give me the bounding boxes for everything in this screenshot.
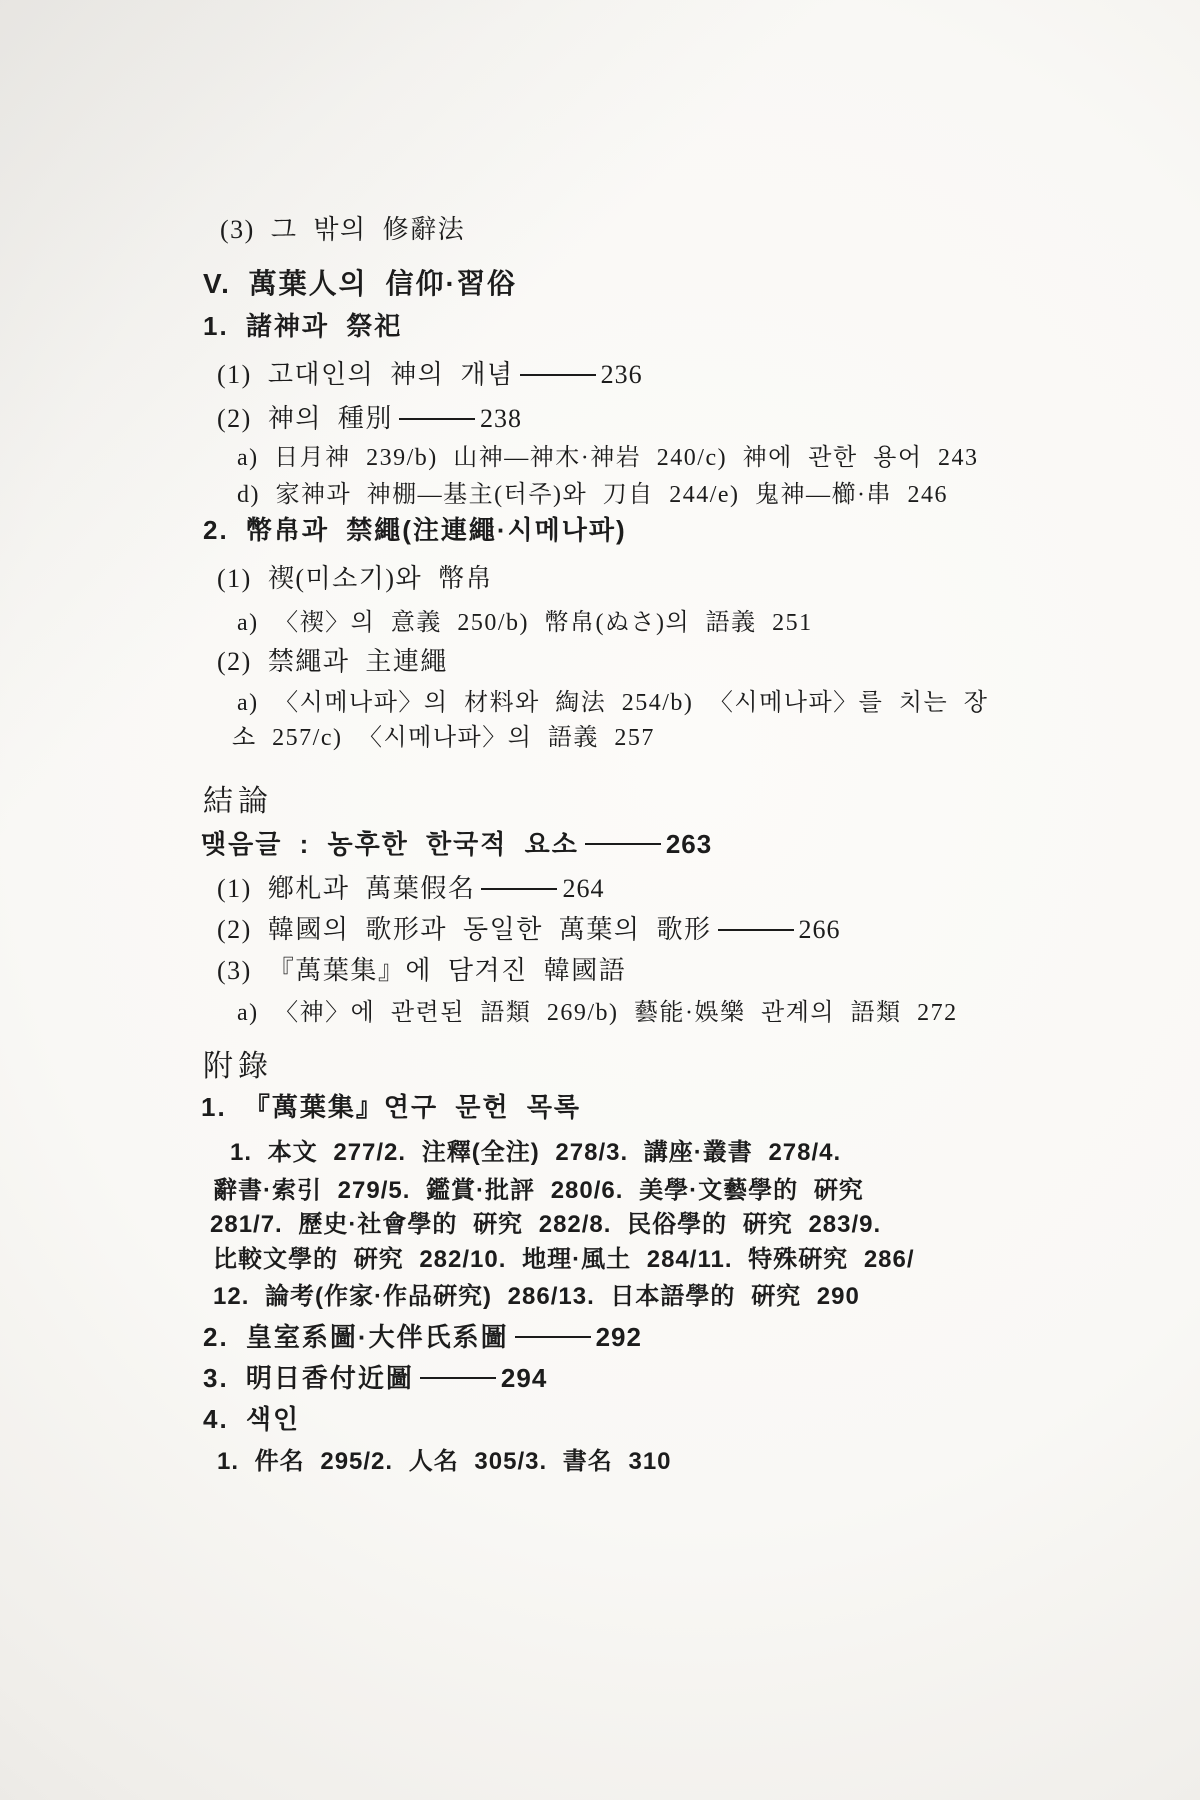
document-page: (3) 그 밖의 修辭法 V. 萬葉人의 信仰·習俗 1. 諸神과 祭祀 (1)…	[0, 0, 1200, 1800]
toc-index-sub-line: 1. 件名 295/2. 人名 305/3. 書名 310	[217, 1441, 672, 1476]
toc-line-misogi-heihaku: (1) 禊(미소기)와 幣帛	[217, 558, 493, 595]
toc-section-heihaku-shimenawa: 2. 幣帛과 禁繩(注連繩·시메나파)	[203, 510, 627, 547]
toc-appendix-genealogy-charts: 2. 皇室系圖·大伴氏系圖292	[203, 1317, 642, 1354]
leader-dash	[718, 929, 794, 931]
toc-conclusion-heading: 結論	[203, 776, 273, 820]
toc-subline-house-gods: d) 家神과 神棚—基主(터주)와 刀自 244/e) 鬼神—櫛·串 246	[237, 474, 948, 509]
toc-appendix-heading: 附錄	[203, 1041, 273, 1085]
leader-dash	[399, 418, 475, 420]
toc-bib-line-1: 1. 本文 277/2. 注釋(全注) 278/3. 講座·叢書 278/4.	[230, 1132, 841, 1167]
toc-line-korean-in-manyoshu: (3) 『萬葉集』에 담겨진 韓國語	[217, 950, 626, 987]
leader-dash	[515, 1336, 591, 1338]
toc-subline-shimenawa-material: a) 〈시메나파〉의 材料와 綯法 254/b) 〈시메나파〉를 치는 장	[237, 682, 988, 717]
toc-subline-god-vocab: a) 〈神〉에 관련된 語類 269/b) 藝能·娛樂 관계의 語類 272	[237, 992, 958, 1027]
toc-chapter5-heading: V. 萬葉人의 信仰·習俗	[203, 262, 517, 302]
toc-line-hyangchal: (1) 鄕札과 萬葉假名264	[217, 868, 604, 905]
toc-subline-shimenawa-cont: 소 257/c) 〈시메나파〉의 語義 257	[232, 717, 655, 752]
toc-bib-line-5: 12. 論考(作家·作品硏究) 286/13. 日本語學的 硏究 290	[213, 1276, 860, 1311]
leader-dash	[420, 1377, 496, 1379]
toc-bib-line-4: 比較文學的 硏究 282/10. 地理·風土 284/11. 特殊硏究 286/	[213, 1239, 915, 1274]
toc-appendix-bibliography: 1. 『萬葉集』연구 문헌 목록	[201, 1087, 581, 1124]
toc-line-kinds-of-gods: (2) 神의 種別238	[217, 398, 522, 435]
leader-dash	[520, 374, 596, 376]
toc-line-kinjo-shimenawa: (2) 禁繩과 主連繩	[217, 641, 448, 678]
toc-bib-line-2: 辭書·索引 279/5. 鑑賞·批評 280/6. 美學·文藝學的 硏究	[213, 1170, 864, 1205]
toc-line-song-forms: (2) 韓國의 歌形과 동일한 萬葉의 歌形266	[217, 909, 841, 946]
leader-dash	[585, 843, 661, 845]
toc-section-gods-rites: 1. 諸神과 祭祀	[203, 306, 402, 343]
toc-line-other-rhetoric: (3) 그 밖의 修辭法	[220, 209, 465, 246]
toc-appendix-index: 4. 색인	[203, 1399, 300, 1436]
leader-dash	[481, 888, 557, 890]
toc-subline-sun-moon-gods: a) 日月神 239/b) 山神—神木·神岩 240/c) 神에 관한 용어 2…	[237, 437, 979, 472]
toc-bib-line-3: 281/7. 歷史·社會學的 硏究 282/8. 民俗學的 硏究 283/9.	[210, 1204, 881, 1239]
toc-closing-remarks: 맺음글 : 농후한 한국적 요소263	[201, 824, 712, 861]
toc-subline-misogi-meaning: a) 〈禊〉의 意義 250/b) 幣帛(ぬさ)의 語義 251	[237, 602, 813, 637]
toc-line-concept-of-god: (1) 고대인의 神의 개념236	[217, 354, 643, 391]
toc-appendix-asuka-map: 3. 明日香付近圖294	[203, 1358, 547, 1395]
